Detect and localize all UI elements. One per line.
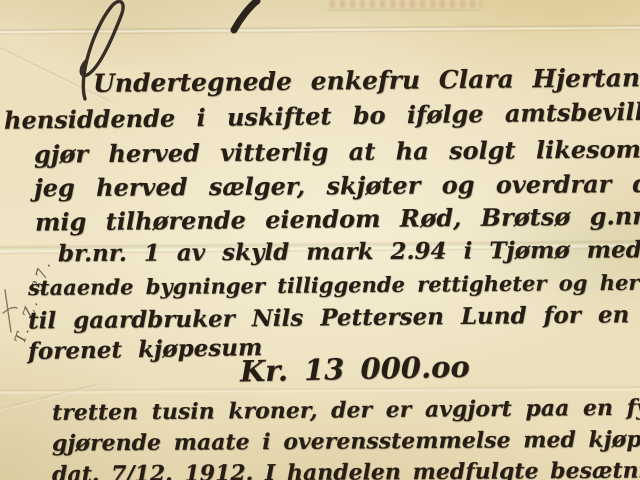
manuscript-line: hensiddende i uskiftet bo ifølge amtsbev… — [4, 96, 640, 135]
purchase-sum: Kr. 13 000.oo — [240, 350, 470, 389]
manuscript-line: mig tilhørende eiendom Rød, Brøtsø g.nr.… — [35, 200, 640, 236]
manuscript-line: staaende bygninger tilliggende rettighet… — [28, 269, 640, 300]
manuscript-line: forenet kjøpesum — [28, 334, 263, 365]
manuscript-line: Undertegnede enkefru Clara Hjertan — [93, 63, 640, 98]
bleed-through-rule — [327, 9, 479, 11]
manuscript-line: jeg herved sælger, skjøter og overdrar d… — [34, 169, 640, 203]
manuscript-line: til gaardbruker Nils Pettersen Lund for … — [28, 301, 640, 335]
heavy-descender-stroke — [234, 1, 257, 30]
scanned-manuscript-page: T. Z. 37. Undertegnede enkefru Clara Hje… — [0, 0, 640, 480]
manuscript-line: br.nr. 1 av skyld mark 2.94 i Tjømø med … — [58, 236, 640, 268]
manuscript-line: tretten tusin kroner, der er avgjort paa… — [52, 394, 640, 426]
fold-crease-top — [0, 24, 640, 36]
manuscript-line: gjørende maate i overensstemmelse med kj… — [52, 425, 640, 456]
bleed-through-print — [330, 0, 482, 8]
manuscript-line: dat. 7/12. 1912. I handelen medfulgte be… — [52, 456, 640, 480]
manuscript-line: gjør herved vitterlig at ha solgt likeso… — [34, 134, 640, 168]
